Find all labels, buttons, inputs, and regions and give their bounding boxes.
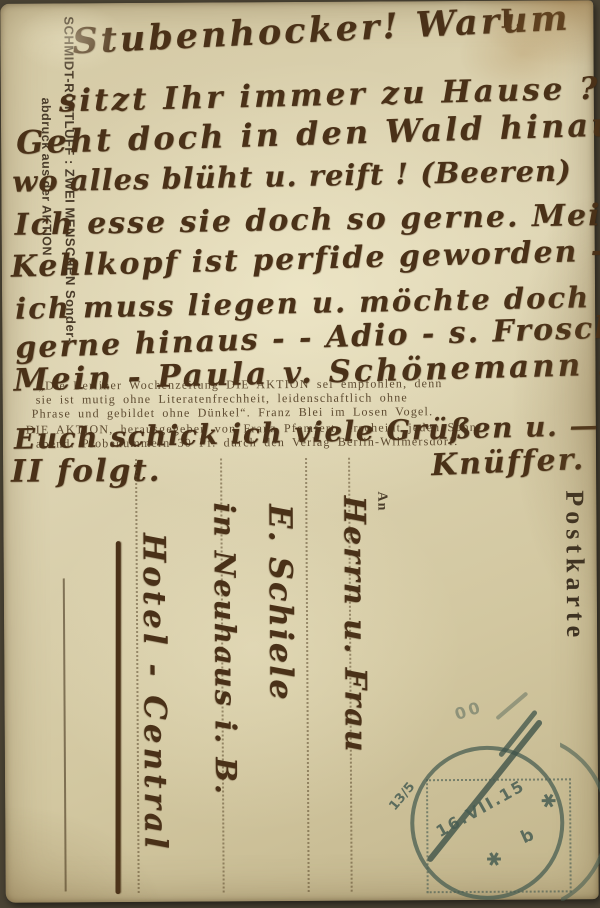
continuation-note: II folgt. <box>11 453 162 490</box>
address-line-recipient: Herrn u. Frau <box>336 496 373 754</box>
postcard: SCHMIDT-ROTTLUFF : ZWEI MENSCHEN Sonder-… <box>0 0 598 903</box>
faint-postmark-digits: 00 <box>452 697 485 724</box>
address-line-name: E. Schiele <box>261 504 300 702</box>
stamp-placement-box <box>426 778 572 893</box>
printed-bottom-rule <box>63 578 67 891</box>
an-label: An <box>373 491 389 511</box>
faint-postmark-streak <box>495 691 528 720</box>
address-line-hotel: Hotel - Central <box>135 533 173 853</box>
address-ruling-line <box>305 458 310 892</box>
hand-drawn-underline <box>115 541 120 894</box>
postkarte-label: Postkarte <box>559 490 590 642</box>
message-line: Stubenhocker! Warum <box>72 0 572 62</box>
address-line-place: in Neuhaus i. B. <box>207 502 243 796</box>
message-line: wo alles blüht u. reift ! (Beeren) <box>12 154 572 199</box>
signature: Knüffer. <box>430 442 585 483</box>
